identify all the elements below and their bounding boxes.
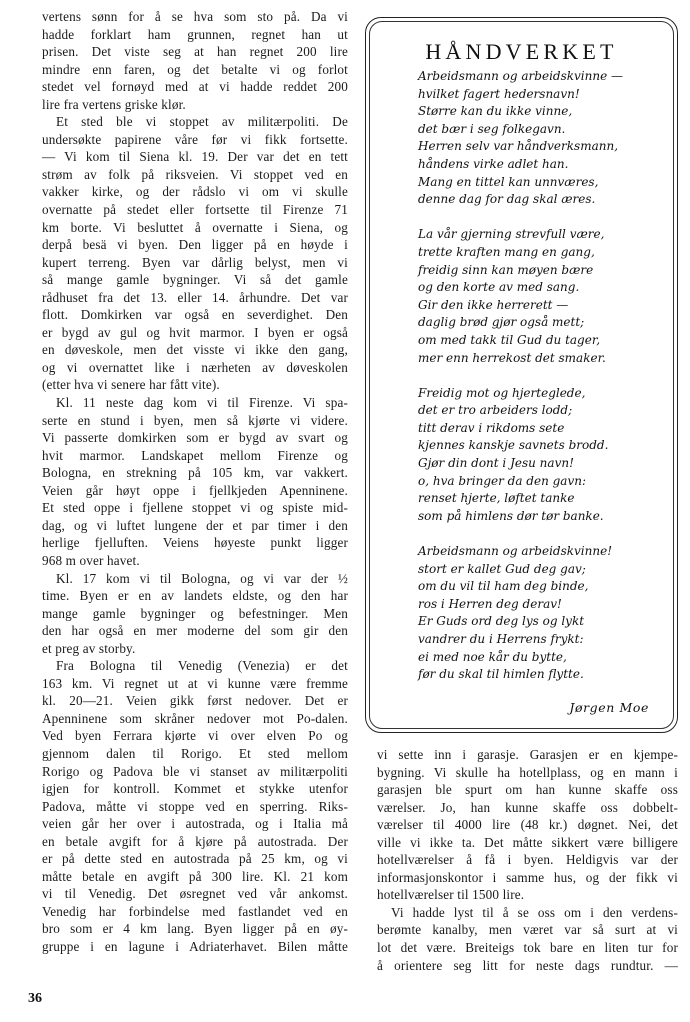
poem-verse: denne dag for dag skal æres.	[418, 191, 663, 209]
text-line: time. Byen er en av landets eldste, og d…	[28, 587, 348, 605]
text-line: Et sted ble vi stoppet av militærpoliti.…	[28, 113, 348, 131]
text-line: og vi overnattet like i nærheten av døve…	[28, 359, 348, 377]
text-line: Bologna, en strekning på 105 km, var vak…	[28, 464, 348, 482]
page-number: 36	[28, 991, 42, 1007]
text-line: Ved byen Ferrara kjørte vi over elven Po…	[28, 727, 348, 745]
poem-verse: Gir den ikke herrerett —	[418, 297, 663, 315]
text-line: rådhuset fra det 13. eller 14. århundre.…	[28, 289, 348, 307]
text-line: overnatte på stedet eller fortsette til …	[28, 201, 348, 219]
text-line: ville vi ikke ta. Det måtte sikkert være…	[363, 834, 678, 852]
paragraph: Kl. 11 neste dag kom vi til Firenze. Vi …	[28, 394, 348, 569]
poem-verse: Arbeidsmann og arbeidskvinne —	[418, 68, 663, 86]
poem-verse: håndens virke adlet han.	[418, 156, 663, 174]
text-line: den har også en mer moderne del som gir …	[28, 622, 348, 640]
text-line: Veien går høyt oppe i fjellkjeden Apenni…	[28, 482, 348, 500]
poem-verse: Herren selv var håndverksmann,	[418, 138, 663, 156]
text-line: kupert terreng. Byen var dårlig belyst, …	[28, 254, 348, 272]
poem-verse: og den korte av med sang.	[418, 279, 663, 297]
text-line: bro som er 4 km lang. Byen ligger på en …	[28, 920, 348, 938]
text-line: Apenninene som skråner nedover mot Po-da…	[28, 710, 348, 728]
text-line: hvit marmor. Landskapet mellom Firenze o…	[28, 447, 348, 465]
poem-verse: Gjør din dont i Jesu navn!	[418, 455, 663, 473]
text-line: vi sette inn i garasje. Garasjen er en k…	[363, 746, 678, 764]
poem-stanza: Arbeidsmann og arbeidskvinne —hvilket fa…	[418, 68, 663, 209]
poem-verse: mer enn herrekost det smaker.	[418, 350, 663, 368]
poem-verse: ei med noe kår du bytte,	[418, 649, 663, 667]
text-line: mindre enn faren, og det betalte vi og f…	[28, 61, 348, 79]
poem-verse: o, hva bringer da den gavn:	[418, 473, 663, 491]
text-line: Kl. 11 neste dag kom vi til Firenze. Vi …	[28, 394, 348, 412]
text-line: (etter hva vi senere har fått vite).	[28, 376, 348, 394]
poem-verse: kjennes kanskje savnets brodd.	[418, 437, 663, 455]
text-line: Venedig har forbindelse med fastlandet v…	[28, 903, 348, 921]
text-line: Kl. 17 kom vi til Bologna, og vi var der…	[28, 570, 348, 588]
text-line: herlige fjelluften. Veiens høyeste punkt…	[28, 534, 348, 552]
text-line: Fra Bologna til Venedig (Venezia) er det	[28, 657, 348, 675]
text-line: vertens sønn for å se hva som sto på. Da…	[28, 8, 348, 26]
text-line: lot det være. Breiteigs tok bare en lite…	[363, 939, 678, 957]
text-line: Rorigo og Padova ble vi stanset av milit…	[28, 763, 348, 781]
text-line: bygning. Vi skulle ha hotellplass, og en…	[363, 764, 678, 782]
poem-verse: før du skal til himlen flytte.	[418, 666, 663, 684]
paragraph: Fra Bologna til Venedig (Venezia) er det…	[28, 657, 348, 955]
text-line: Vi hadde lyst til å se oss om i den verd…	[363, 904, 678, 922]
text-line: hotellværelser til 1500 lire.	[363, 886, 678, 904]
paragraph: vi sette inn i garasje. Garasjen er en k…	[363, 746, 678, 904]
text-line: hotellværelser å få i byen. Heldigvis va…	[363, 851, 678, 869]
poem-verse: Mang en tittel kan unnværes,	[418, 174, 663, 192]
poem-stanza: La vår gjerning strevfull være,trette kr…	[418, 226, 663, 367]
poem-stanza: Freidig mot og hjerteglede,det er tro ar…	[418, 385, 663, 526]
poem-verse: om med takk til Gud du tager,	[418, 332, 663, 350]
poem-verse: det bær i seg folkegavn.	[418, 121, 663, 139]
text-line: prisen. Det viste seg at han regnet 200 …	[28, 43, 348, 61]
paragraph: Vi hadde lyst til å se oss om i den verd…	[363, 904, 678, 974]
text-line: lire fra vertens griske klør.	[28, 96, 348, 114]
text-line: Vi passerte domkirken som er bygd av sva…	[28, 429, 348, 447]
poem-stanza: Arbeidsmann og arbeidskvinne!stort er ka…	[418, 543, 663, 684]
poem-verse: titt derav i rikdoms sete	[418, 420, 663, 438]
text-line: er på dette sted en autostrada på 25 km,…	[28, 850, 348, 868]
poem-title: HÅNDVERKET	[366, 39, 677, 65]
text-line: så mange gamle bygninger. Vi så det gaml…	[28, 271, 348, 289]
poem-verse: stort er kallet Gud deg gav;	[418, 561, 663, 579]
poem-verse: vandrer du i Herrens frykt:	[418, 631, 663, 649]
poem-verse: Er Guds ord deg lys og lykt	[418, 613, 663, 631]
poem-verse: Arbeidsmann og arbeidskvinne!	[418, 543, 663, 561]
text-line: berømte kanalby, men været var så surt a…	[363, 921, 678, 939]
text-line: å orientere seg litt for neste dags rund…	[363, 957, 678, 975]
text-line: er bygd av gul og hvit marmor. I byen er…	[28, 324, 348, 342]
text-line: stedet vel fornøyd med at vi hadde redde…	[28, 78, 348, 96]
text-line: vakker kirke, og der rådslo vi om vi sku…	[28, 183, 348, 201]
text-line: strøm av folk på riksveien. Vi stoppet v…	[28, 166, 348, 184]
poem-verse: Større kan du ikke vinne,	[418, 103, 663, 121]
text-line: veien går her over i autostrada, og i It…	[28, 815, 348, 833]
text-line: en betale avgift for å kjøre på autostra…	[28, 833, 348, 851]
poem-body: Arbeidsmann og arbeidskvinne —hvilket fa…	[418, 68, 663, 701]
poem-verse: Freidig mot og hjerteglede,	[418, 385, 663, 403]
text-line: 968 m over havet.	[28, 552, 348, 570]
text-line: vi til Venedig. Det øsregnet ved vår ank…	[28, 885, 348, 903]
text-line: et preg av storby.	[28, 640, 348, 658]
left-column-article-text: vertens sønn for å se hva som sto på. Da…	[28, 8, 348, 956]
text-line: undersøkte papirene våre før vi fikk for…	[28, 131, 348, 149]
text-line: gruppe i en lagune i Adriaterhavet. Bile…	[28, 938, 348, 956]
right-column-article-text: vi sette inn i garasje. Garasjen er en k…	[363, 746, 678, 974]
text-line: garasjen ble spurt om han kunne skaffe o…	[363, 781, 678, 799]
text-line: dag, og vi luftet lungene der et par tim…	[28, 517, 348, 535]
poem-verse: som på himlens dør tør banke.	[418, 508, 663, 526]
text-line: hadde forklart ham grunnen, regnet han u…	[28, 26, 348, 44]
text-line: km borte. Vi besluttet å overnatte i Sie…	[28, 219, 348, 237]
poem-author: Jørgen Moe	[569, 700, 649, 715]
text-line: en døveskole, men det visste vi ikke den…	[28, 341, 348, 359]
text-line: serte en stund i byen, men så kjørte vi …	[28, 412, 348, 430]
text-line: flott. Domkirken var også en severdighet…	[28, 306, 348, 324]
text-line: værelser til 4000 lire (48 kr.) døgnet. …	[363, 816, 678, 834]
poem-verse: La vår gjerning strevfull være,	[418, 226, 663, 244]
text-line: informasjonskontor i samme hus, og der f…	[363, 869, 678, 887]
paragraph: vertens sønn for å se hva som sto på. Da…	[28, 8, 348, 113]
poem-verse: ros i Herren deg derav!	[418, 596, 663, 614]
text-line: mange gamle bygninger og befestninger. M…	[28, 605, 348, 623]
poem-verse: freidig sinn kan møyen bære	[418, 262, 663, 280]
text-line: — Vi kom til Siena kl. 19. Der var det e…	[28, 148, 348, 166]
text-line: Padova, måtte vi stoppe ved en sperring.…	[28, 798, 348, 816]
paragraph: Et sted ble vi stoppet av militærpoliti.…	[28, 113, 348, 394]
paragraph: Kl. 17 kom vi til Bologna, og vi var der…	[28, 570, 348, 658]
text-line: Et sted oppe i fjellene stoppet vi og sp…	[28, 499, 348, 517]
text-line: igjen for kontroll. Kommet et stykke ute…	[28, 780, 348, 798]
poem-box: HÅNDVERKET Arbeidsmann og arbeidskvinne …	[365, 17, 678, 733]
text-line: værelser. Jo, han kunne skaffe oss dobbe…	[363, 799, 678, 817]
poem-verse: trette kraften mang en gang,	[418, 244, 663, 262]
poem-verse: daglig brød gjør også mett;	[418, 314, 663, 332]
text-line: kl. 20—21. Veien gikk først nedover. Det…	[28, 692, 348, 710]
poem-verse: hvilket fagert hedersnavn!	[418, 86, 663, 104]
text-line: derpå besä vi byen. Den ligger på en høy…	[28, 236, 348, 254]
text-line: måtte betale en avgift på 300 lire. Kl. …	[28, 868, 348, 886]
poem-verse: det er tro arbeiders lodd;	[418, 402, 663, 420]
text-line: 163 km. Vi regnet ut at vi kunne være fr…	[28, 675, 348, 693]
poem-verse: renset hjerte, løftet tanke	[418, 490, 663, 508]
poem-verse: om du vil til ham deg binde,	[418, 578, 663, 596]
text-line: gjennom dalen til Rorigo. Et sted mellom	[28, 745, 348, 763]
